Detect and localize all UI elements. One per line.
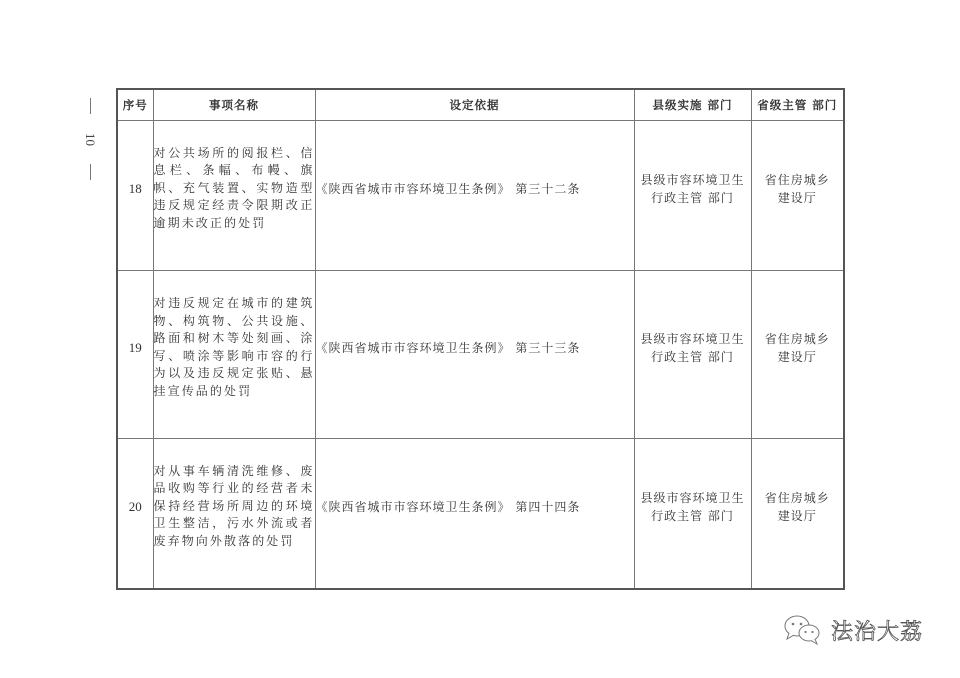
table-row: 18 对公共场所的阅报栏、信息栏、条幅、布幔、旗帜、充气装置、实物造型违反规定经… [117,121,844,271]
province-dept-line2: 建设厅 [752,189,844,207]
province-dept-line2: 建设厅 [752,507,844,525]
table-header-row: 序号 事项名称 设定依据 县级实施 部门 省级主管 部门 [117,89,844,121]
row-no: 18 [117,121,153,271]
row-province-dept: 省住房城乡 建设厅 [751,271,844,439]
row-legal-basis-text: 《陕西省城市市容环境卫生条例》 第三十二条 [316,180,634,211]
watermark-label: 法治大荔 [831,615,923,646]
row-county-dept-text: 县级市容环境卫生 行政主管 部门 [635,489,751,539]
header-county-dept: 县级实施 部门 [634,89,751,121]
row-item-name-text: 对公共场所的阅报栏、信息栏、条幅、布幔、旗帜、充气装置、实物造型违反规定经责令限… [154,145,315,247]
table-row: 19 对违反规定在城市的建筑物、构筑物、公共设施、路面和树木等处刻画、涂写、喷涂… [117,271,844,439]
row-item-name: 对公共场所的阅报栏、信息栏、条幅、布幔、旗帜、充气装置、实物造型违反规定经责令限… [153,121,315,271]
county-dept-line1: 县级市容环境卫生 [635,171,751,189]
province-dept-line1: 省住房城乡 [752,330,844,348]
row-county-dept-text: 县级市容环境卫生 行政主管 部门 [635,330,751,380]
row-no: 19 [117,271,153,439]
row-province-dept-text: 省住房城乡 建设厅 [752,489,844,539]
county-dept-line2: 行政主管 部门 [635,507,751,525]
penalty-items-table: 序号 事项名称 设定依据 县级实施 部门 省级主管 部门 18 对公共场所的阅报… [116,88,845,590]
province-dept-line2: 建设厅 [752,348,844,366]
page-number-value: 10 [82,133,98,146]
row-item-name-text: 对从事车辆清洗维修、废品收购等行业的经营者未保持经营场所周边的环境卫生整洁，污水… [154,463,315,565]
row-county-dept: 县级市容环境卫生 行政主管 部门 [634,439,751,590]
row-legal-basis-text: 《陕西省城市市容环境卫生条例》 第三十三条 [316,339,634,370]
county-dept-line2: 行政主管 部门 [635,189,751,207]
row-item-name: 对违反规定在城市的建筑物、构筑物、公共设施、路面和树木等处刻画、涂写、喷涂等影响… [153,271,315,439]
header-no: 序号 [117,89,153,121]
row-no-text: 20 [118,499,153,529]
header-item-name: 事项名称 [153,89,315,121]
page-number-dash-bottom [90,164,91,180]
row-no-text: 18 [118,181,153,211]
row-legal-basis: 《陕西省城市市容环境卫生条例》 第三十三条 [315,271,634,439]
row-province-dept-text: 省住房城乡 建设厅 [752,171,844,221]
row-province-dept: 省住房城乡 建设厅 [751,439,844,590]
row-province-dept-text: 省住房城乡 建设厅 [752,330,844,380]
row-county-dept-text: 县级市容环境卫生 行政主管 部门 [635,171,751,221]
header-province-dept: 省级主管 部门 [751,89,844,121]
row-legal-basis-text: 《陕西省城市市容环境卫生条例》 第四十四条 [316,498,634,529]
watermark: 法治大荔 [783,614,923,646]
page-number: 10 [80,98,100,180]
table-row: 20 对从事车辆清洗维修、废品收购等行业的经营者未保持经营场所周边的环境卫生整洁… [117,439,844,590]
page-number-dash-top [90,98,91,114]
row-legal-basis: 《陕西省城市市容环境卫生条例》 第四十四条 [315,439,634,590]
county-dept-line2: 行政主管 部门 [635,348,751,366]
row-no-text: 19 [118,340,153,370]
row-legal-basis: 《陕西省城市市容环境卫生条例》 第三十二条 [315,121,634,271]
county-dept-line1: 县级市容环境卫生 [635,489,751,507]
wechat-icon [783,614,823,646]
row-province-dept: 省住房城乡 建设厅 [751,121,844,271]
row-item-name-text: 对违反规定在城市的建筑物、构筑物、公共设施、路面和树木等处刻画、涂写、喷涂等影响… [154,295,315,414]
row-no: 20 [117,439,153,590]
header-legal-basis: 设定依据 [315,89,634,121]
province-dept-line1: 省住房城乡 [752,171,844,189]
province-dept-line1: 省住房城乡 [752,489,844,507]
row-county-dept: 县级市容环境卫生 行政主管 部门 [634,271,751,439]
row-item-name: 对从事车辆清洗维修、废品收购等行业的经营者未保持经营场所周边的环境卫生整洁，污水… [153,439,315,590]
row-county-dept: 县级市容环境卫生 行政主管 部门 [634,121,751,271]
county-dept-line1: 县级市容环境卫生 [635,330,751,348]
